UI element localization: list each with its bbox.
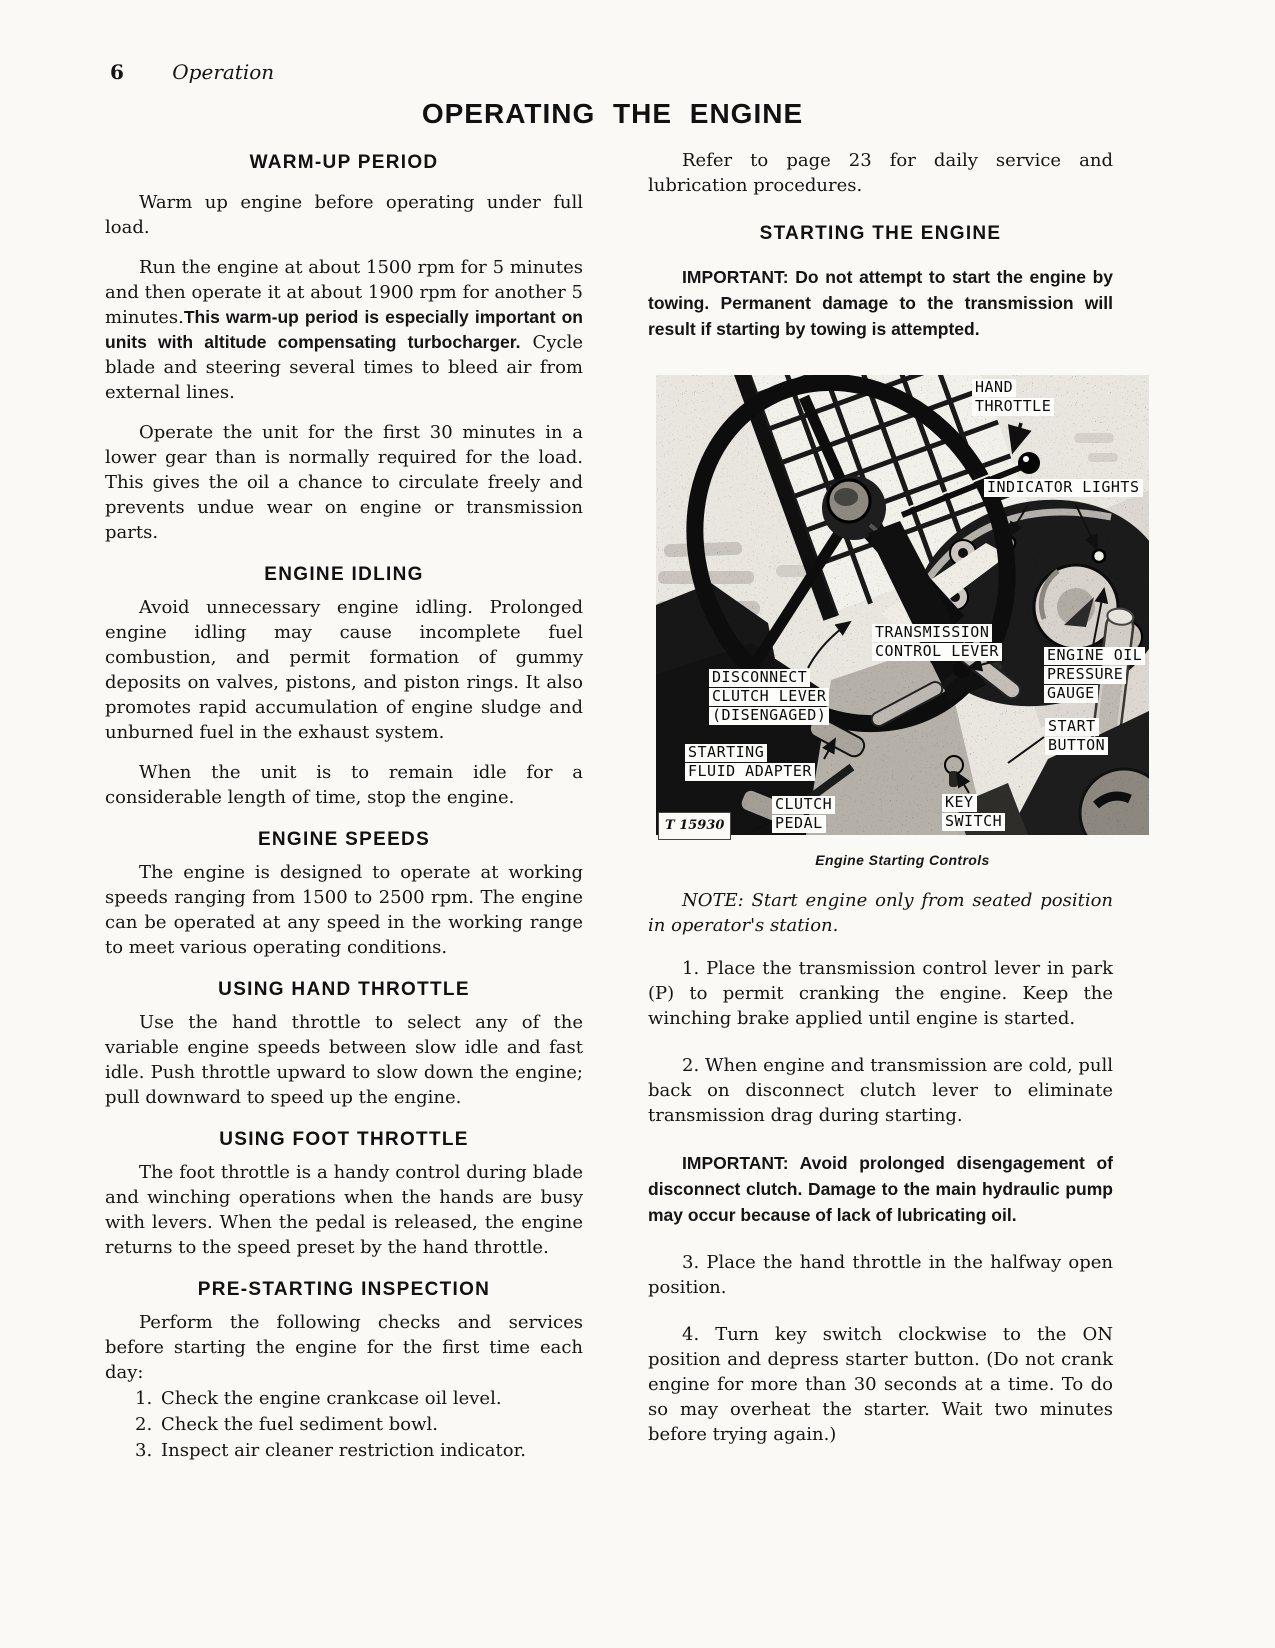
figure-label-transmission-control-lever: TRANSMISSION CONTROL LEVER	[872, 624, 1002, 662]
figure-label-disconnect-clutch-lever: DISCONNECT CLUTCH LEVER (DISENGAGED)	[709, 669, 829, 726]
heading-using-hand-throttle: USING HAND THROTTLE	[105, 977, 583, 1002]
figure-label-clutch-pedal: CLUTCH PEDAL	[772, 796, 835, 834]
step-paragraph: 4. Turn key switch clockwise to the ON p…	[648, 1322, 1113, 1447]
paragraph: The foot throttle is a handy control dur…	[105, 1160, 583, 1260]
label-line: SWITCH	[942, 813, 1005, 831]
paragraph: When the unit is to remain idle for a co…	[105, 760, 583, 810]
label-line: CONTROL LEVER	[872, 643, 1002, 661]
label-line: START	[1045, 718, 1099, 736]
heading-starting-the-engine: STARTING THE ENGINE	[648, 221, 1113, 246]
figure-engine-starting-controls: HAND THROTTLE INDICATOR LIGHTS TRANSMISS…	[656, 375, 1149, 873]
important-notice: IMPORTANT: Do not attempt to start the e…	[648, 264, 1113, 342]
paragraph: Refer to page 23 for daily service and l…	[648, 148, 1113, 198]
label-line: PEDAL	[772, 815, 826, 833]
checklist-item: 1.Check the engine crankcase oil level.	[105, 1386, 583, 1411]
label-line: CLUTCH	[772, 796, 835, 814]
item-text: Check the engine crankcase oil level.	[161, 1388, 502, 1409]
label-line: KEY	[942, 794, 977, 812]
item-number: 2.	[135, 1412, 161, 1437]
label-line: PRESSURE	[1044, 666, 1126, 684]
page-number: 6	[110, 60, 124, 84]
label-line: ENGINE OIL	[1044, 647, 1145, 665]
figure-photo: HAND THROTTLE INDICATOR LIGHTS TRANSMISS…	[656, 375, 1149, 835]
figure-label-starting-fluid-adapter: STARTING FLUID ADAPTER	[685, 744, 815, 782]
page-header: 6 Operation	[110, 60, 274, 84]
label-line: DISCONNECT	[709, 669, 810, 687]
figure-label-hand-throttle: HAND THROTTLE	[972, 379, 1054, 417]
label-line: CLUTCH LEVER	[709, 688, 829, 706]
heading-warm-up-period: WARM-UP PERIOD	[105, 150, 583, 175]
item-text: Inspect air cleaner restriction indicato…	[161, 1440, 526, 1461]
step-paragraph: 3. Place the hand throttle in the halfwa…	[648, 1250, 1113, 1300]
figure-label-engine-oil-pressure-gauge: ENGINE OIL PRESSURE GAUGE	[1044, 647, 1145, 704]
checklist-item: 3.Inspect air cleaner restriction indica…	[105, 1438, 583, 1463]
step-paragraph: 1. Place the transmission control lever …	[648, 956, 1113, 1031]
label-line: THROTTLE	[972, 398, 1054, 416]
heading-pre-starting-inspection: PRE-STARTING INSPECTION	[105, 1277, 583, 1302]
figure-label-start-button: START BUTTON	[1045, 718, 1108, 756]
label-line: BUTTON	[1045, 737, 1108, 755]
figure-label-indicator-lights: INDICATOR LIGHTS	[984, 479, 1143, 498]
paragraph: Run the engine at about 1500 rpm for 5 m…	[105, 255, 583, 405]
left-column: WARM-UP PERIOD Warm up engine before ope…	[105, 150, 583, 1463]
figure-label-key-switch: KEY SWITCH	[942, 794, 1005, 832]
step-paragraph: 2. When engine and transmission are cold…	[648, 1053, 1113, 1128]
paragraph: Operate the unit for the first 30 minute…	[105, 420, 583, 545]
figure-caption: Engine Starting Controls	[656, 848, 1149, 873]
item-text: Check the fuel sediment bowl.	[161, 1414, 438, 1435]
label-line: (DISENGAGED)	[709, 707, 829, 725]
note-paragraph: NOTE: Start engine only from seated posi…	[648, 888, 1113, 938]
paragraph: Warm up engine before operating under fu…	[105, 190, 583, 240]
photo-id-tag: T 15930	[658, 812, 731, 840]
label-line: STARTING	[685, 744, 767, 762]
heading-engine-idling: ENGINE IDLING	[105, 562, 583, 587]
important-notice: IMPORTANT: Avoid prolonged disengagement…	[648, 1150, 1113, 1228]
right-column: Refer to page 23 for daily service and l…	[648, 148, 1113, 1447]
manual-page: 6 Operation OPERATING THE ENGINE WARM-UP…	[0, 0, 1275, 1648]
heading-using-foot-throttle: USING FOOT THROTTLE	[105, 1127, 583, 1152]
label-line: HAND	[972, 379, 1016, 397]
page-title: OPERATING THE ENGINE	[105, 98, 1120, 130]
checklist-item: 2.Check the fuel sediment bowl.	[105, 1412, 583, 1437]
paragraph: Avoid unnecessary engine idling. Prolong…	[105, 595, 583, 745]
paragraph: Use the hand throttle to select any of t…	[105, 1010, 583, 1110]
item-number: 3.	[135, 1438, 161, 1463]
item-number: 1.	[135, 1386, 161, 1411]
chapter-name: Operation	[172, 60, 274, 84]
paragraph: Perform the following checks and service…	[105, 1310, 583, 1385]
heading-engine-speeds: ENGINE SPEEDS	[105, 827, 583, 852]
label-line: GAUGE	[1044, 685, 1098, 703]
label-line: INDICATOR LIGHTS	[984, 479, 1143, 497]
paragraph: The engine is designed to operate at wor…	[105, 860, 583, 960]
label-line: FLUID ADAPTER	[685, 763, 815, 781]
label-line: TRANSMISSION	[872, 624, 992, 642]
